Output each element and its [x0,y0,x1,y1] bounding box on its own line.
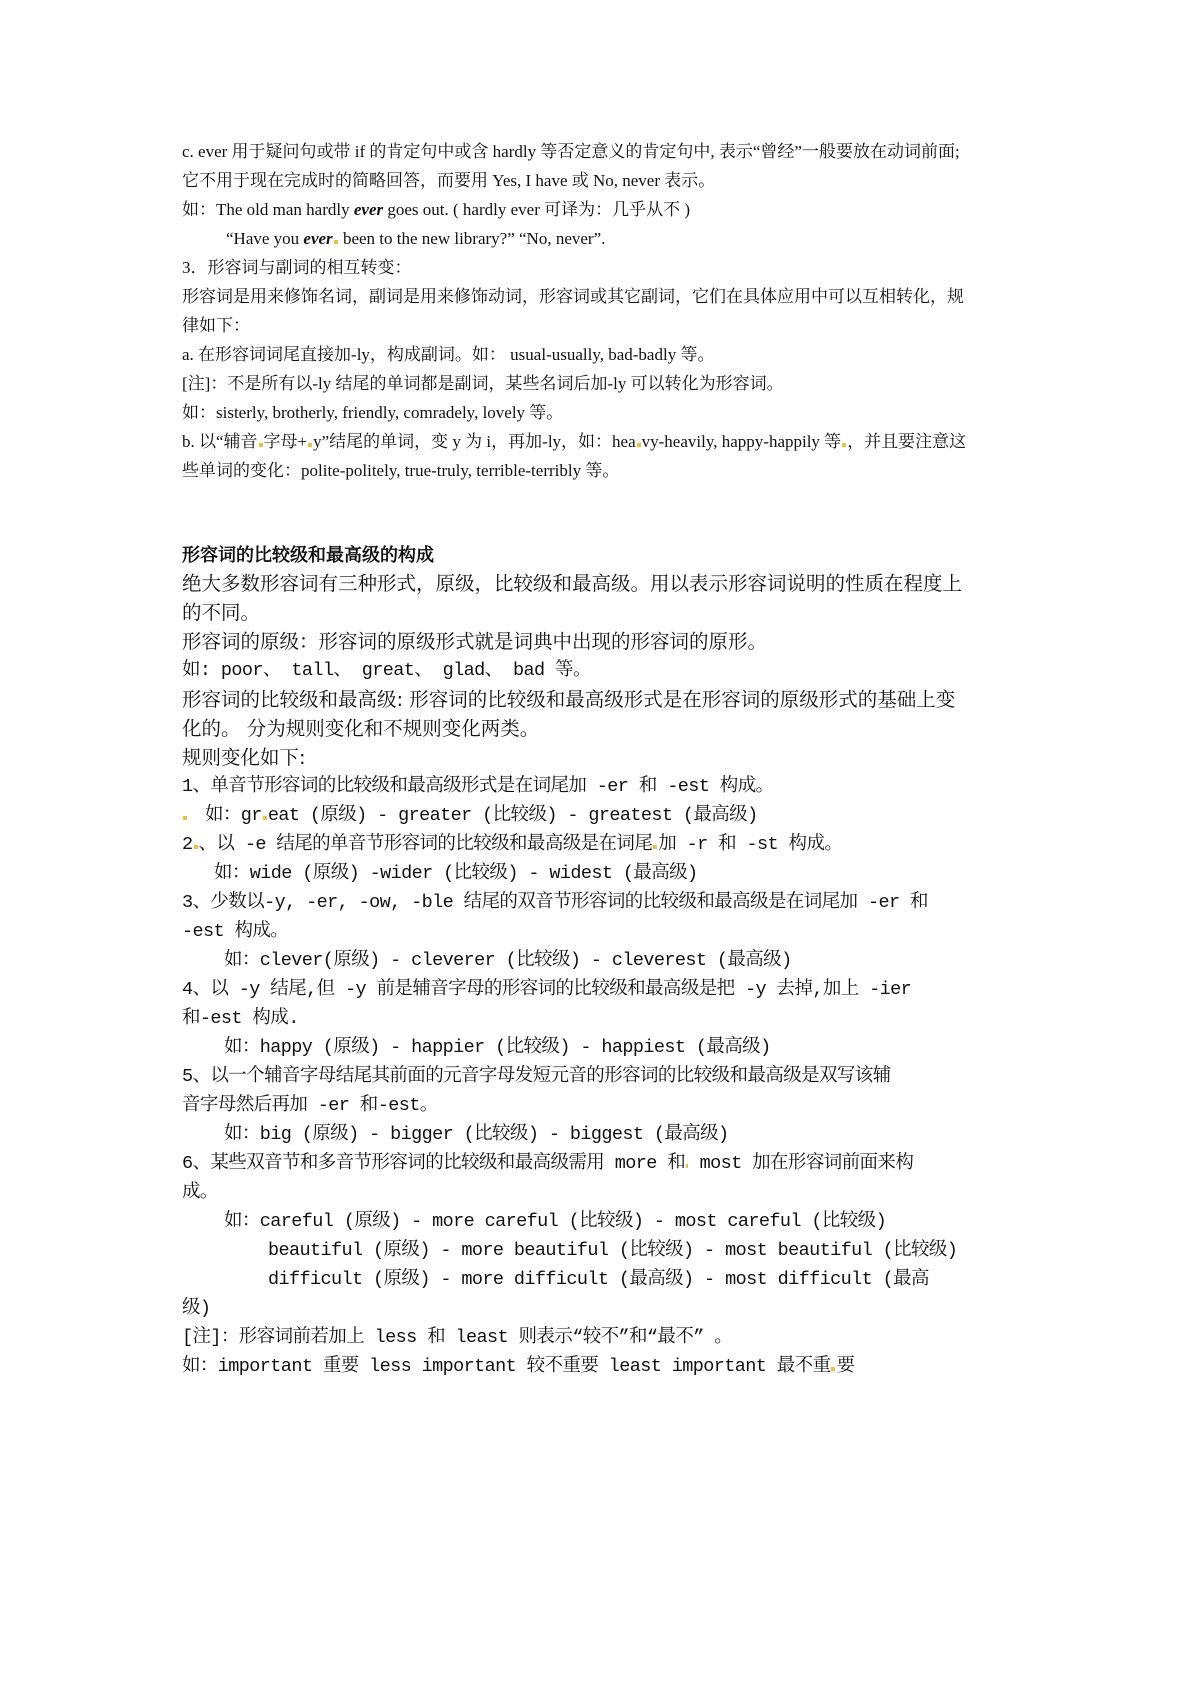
text: 1、单音节形容词的比较级和最高级形式是在词尾加 -er 和 -est 构成。 [182,776,773,797]
text: 律如下： [182,316,250,335]
note-a: [注]：不是所有以-ly 结尾的单词都是副词，某些名词后加-ly 可以转化为形容… [182,375,784,392]
rule-6-line2: 成。 [182,1184,218,1203]
text: 字母+ [264,432,308,451]
text: 2 [182,834,193,855]
text: c. ever 用于疑问句或带 if 的肯定句中或含 hardly 等否定意义的… [182,142,960,161]
rule-2-example: 如：wide (原级) -wider (比较级) - widest (最高级) [214,865,698,884]
s2-intro-line2: 的不同。 [182,603,260,623]
text: 音字母然后再加 -er 和-est。 [182,1095,438,1116]
intro-line2: 律如下： [182,317,250,334]
paragraph-c-rule-line1: c. ever 用于疑问句或带 if 的肯定句中或含 hardly 等否定意义的… [182,143,960,160]
annotation-mark-icon [334,240,338,244]
text: 如：The old man hardly [182,200,354,219]
text: 如：sisterly, brotherly, friendly, comrade… [182,403,563,422]
text: b. 以“辅音 [182,432,258,451]
text: 级) [182,1298,210,1319]
text: 如: poor、 tall、 great、 glad、 bad 等。 [182,660,591,681]
text: eat (原级) - greater (比较级) - greatest (最高级… [268,805,758,826]
emphasis-ever: ever [303,229,332,248]
text: 如：big (原级) - bigger (比较级) - biggest (最高级… [224,1124,729,1145]
text: 绝大多数形容词有三种形式，原级，比较级和最高级。用以表示形容词说明的性质在程度上 [182,572,962,595]
example-a: 如：sisterly, brotherly, friendly, comrade… [182,404,563,421]
annotation-mark-icon [653,845,657,849]
rule-3-example: 如：clever(原级) - cleverer (比较级) - cleveres… [224,952,792,971]
text: 些单词的变化：polite-politely, true-truly, terr… [182,461,619,480]
text: difficult (原级) - more difficult (最高级) - … [268,1269,929,1290]
annotation-mark-icon [259,443,263,447]
text: [注]：形容词前若加上 less 和 least 则表示“较不”和“最不” 。 [182,1327,732,1348]
rule-6-example-beautiful: beautiful (原级) - more beautiful (比较级) - … [268,1242,957,1261]
rule-6: 6、某些双音节和多音节形容词的比较级和最高级需用 more 和 most 加在形… [182,1155,913,1174]
text: 的不同。 [182,601,260,624]
regular-heading: 规则变化如下: [182,748,306,768]
text: 形容词的原级：形容词的原级形式就是词典中出现的形容词的原形。 [182,630,767,653]
paragraph-c-rule-line2: 它不用于现在完成时的简略回答，而要用 Yes, I have 或 No, nev… [182,172,715,189]
comparative-definition-line1: 形容词的比较级和最高级: 形容词的比较级和最高级形式是在形容词的原级形式的基础上… [182,690,955,710]
text: 规则变化如下: [182,746,306,769]
text: 如：careful (原级) - more careful (比较级) - mo… [224,1211,886,1232]
text: 6、某些双音节和多音节形容词的比较级和最高级需用 more 和 [182,1153,685,1174]
text: 如：important 重要 less important 较不重要 least… [182,1356,830,1377]
annotation-mark-icon [831,1367,835,1371]
positive-examples: 如: poor、 tall、 great、 glad、 bad 等。 [182,662,591,681]
text: 5、以一个辅音字母结尾其前面的元音字母发短元音的形容词的比较级和最高级是双写该辅 [182,1066,891,1087]
rule-4-line2: 和-est 构成. [182,1010,299,1029]
note-example: 如：important 重要 less important 较不重要 least… [182,1358,854,1377]
text: 如：happy (原级) - happier (比较级) - happiest … [224,1037,771,1058]
rule-2: 2、以 -e 结尾的单音节形容词的比较级和最高级是在词尾加 -r 和 -st 构… [182,836,842,855]
annotation-mark-icon [194,845,198,849]
text: 形容词是用来修饰名词，副词是用来修饰动词，形容词或其它副词，它们在具体应用中可以… [182,287,964,306]
rule-3: 3、少数以-y, -er, -ow, -ble 结尾的双音节形容词的比较级和最高… [182,894,928,913]
text: 3、少数以-y, -er, -ow, -ble 结尾的双音节形容词的比较级和最高… [182,892,928,913]
text: 化的。 分为规则变化和不规则变化两类。 [182,717,539,740]
section-title: 形容词的比较级和最高级的构成 [182,547,434,565]
text: 成。 [182,1182,218,1203]
rule-5: 5、以一个辅音字母结尾其前面的元音字母发短元音的形容词的比较级和最高级是双写该辅 [182,1068,891,1087]
annotation-mark-icon [263,816,267,820]
text: vy-heavily, happy-happily 等 [642,432,842,451]
text: most 加在形容词前面来构 [689,1153,913,1174]
text: 要 [836,1356,854,1377]
text: 、以 -e 结尾的单音节形容词的比较级和最高级是在词尾 [199,834,653,855]
rule-5-line2: 音字母然后再加 -er 和-est。 [182,1097,438,1116]
comparative-definition-line2: 化的。 分为规则变化和不规则变化两类。 [182,719,539,739]
text: 如：clever(原级) - cleverer (比较级) - cleveres… [224,950,792,971]
text: beautiful (原级) - more beautiful (比较级) - … [268,1240,957,1261]
text: y”结尾的单词，变 y 为 i，再加-ly，如：hea [313,432,636,451]
s2-intro-line1: 绝大多数形容词有三种形式，原级，比较级和最高级。用以表示形容词说明的性质在程度上 [182,574,962,594]
text: 如：gr [205,805,262,826]
section-heading-3: 3．形容词与副词的相互转变： [182,259,412,276]
annotation-mark-icon [308,443,312,447]
rule-6-example-difficult: difficult (原级) - more difficult (最高级) - … [268,1271,929,1290]
rule-6-example-difficult-wrap: 级) [182,1300,210,1319]
rule-b-line2: 些单词的变化：polite-politely, true-truly, terr… [182,462,619,479]
text: goes out. ( hardly ever 可译为：几乎从不 ) [383,200,690,219]
rule-1: 1、单音节形容词的比较级和最高级形式是在词尾加 -er 和 -est 构成。 [182,778,773,797]
document-page: c. ever 用于疑问句或带 if 的肯定句中或含 hardly 等否定意义的… [0,0,1200,1698]
text: 和-est 构成. [182,1008,299,1029]
text: -est 构成。 [182,921,288,942]
rule-4: 4、以 -y 结尾,但 -y 前是辅音字母的形容词的比较级和最高级是把 -y 去… [182,981,911,1000]
rule-a: a. 在形容词词尾直接加-ly，构成副词。如： usual-usually, b… [182,346,714,363]
text: “Have you [226,229,303,248]
text: 它不用于现在完成时的简略回答，而要用 Yes, I have 或 No, nev… [182,171,715,190]
text: a. 在形容词词尾直接加-ly，构成副词。如： usual-usually, b… [182,345,714,364]
intro-line1: 形容词是用来修饰名词，副词是用来修饰动词，形容词或其它副词，它们在具体应用中可以… [182,288,964,305]
positive-definition: 形容词的原级：形容词的原级形式就是词典中出现的形容词的原形。 [182,632,767,652]
text: been to the new library?” “No, never”. [339,229,606,248]
rule-5-example: 如：big (原级) - bigger (比较级) - biggest (最高级… [224,1126,729,1145]
rule-6-example-careful: 如：careful (原级) - more careful (比较级) - mo… [224,1213,886,1232]
text: ，并且要注意这 [847,432,966,451]
text: 3．形容词与副词的相互转变： [182,258,412,277]
emphasis-ever: ever [354,200,383,219]
rule-4-example: 如：happy (原级) - happier (比较级) - happiest … [224,1039,771,1058]
annotation-mark-icon [183,816,187,820]
annotation-mark-icon [686,1164,688,1168]
text: 加 -r 和 -st 构成。 [658,834,842,855]
rule-b: b. 以“辅音字母+y”结尾的单词，变 y 为 i，再加-ly，如：heavy-… [182,433,966,450]
annotation-mark-icon [637,443,641,447]
example-have-you-ever: “Have you ever been to the new library?”… [226,230,605,247]
text: 形容词的比较级和最高级的构成 [182,545,434,566]
text: 形容词的比较级和最高级: 形容词的比较级和最高级形式是在形容词的原级形式的基础上… [182,688,955,711]
annotation-mark-icon [842,443,846,447]
text: [注]：不是所有以-ly 结尾的单词都是副词，某些名词后加-ly 可以转化为形容… [182,374,784,393]
note-less-least: [注]：形容词前若加上 less 和 least 则表示“较不”和“最不” 。 [182,1329,732,1348]
rule-1-example: 如：great (原级) - greater (比较级) - greatest … [182,807,758,826]
text: 如：wide (原级) -wider (比较级) - widest (最高级) [214,863,698,884]
rule-3-line2: -est 构成。 [182,923,288,942]
text: 4、以 -y 结尾,但 -y 前是辅音字母的形容词的比较级和最高级是把 -y 去… [182,979,911,1000]
example-hardly-ever: 如：The old man hardly ever goes out. ( ha… [182,201,690,218]
